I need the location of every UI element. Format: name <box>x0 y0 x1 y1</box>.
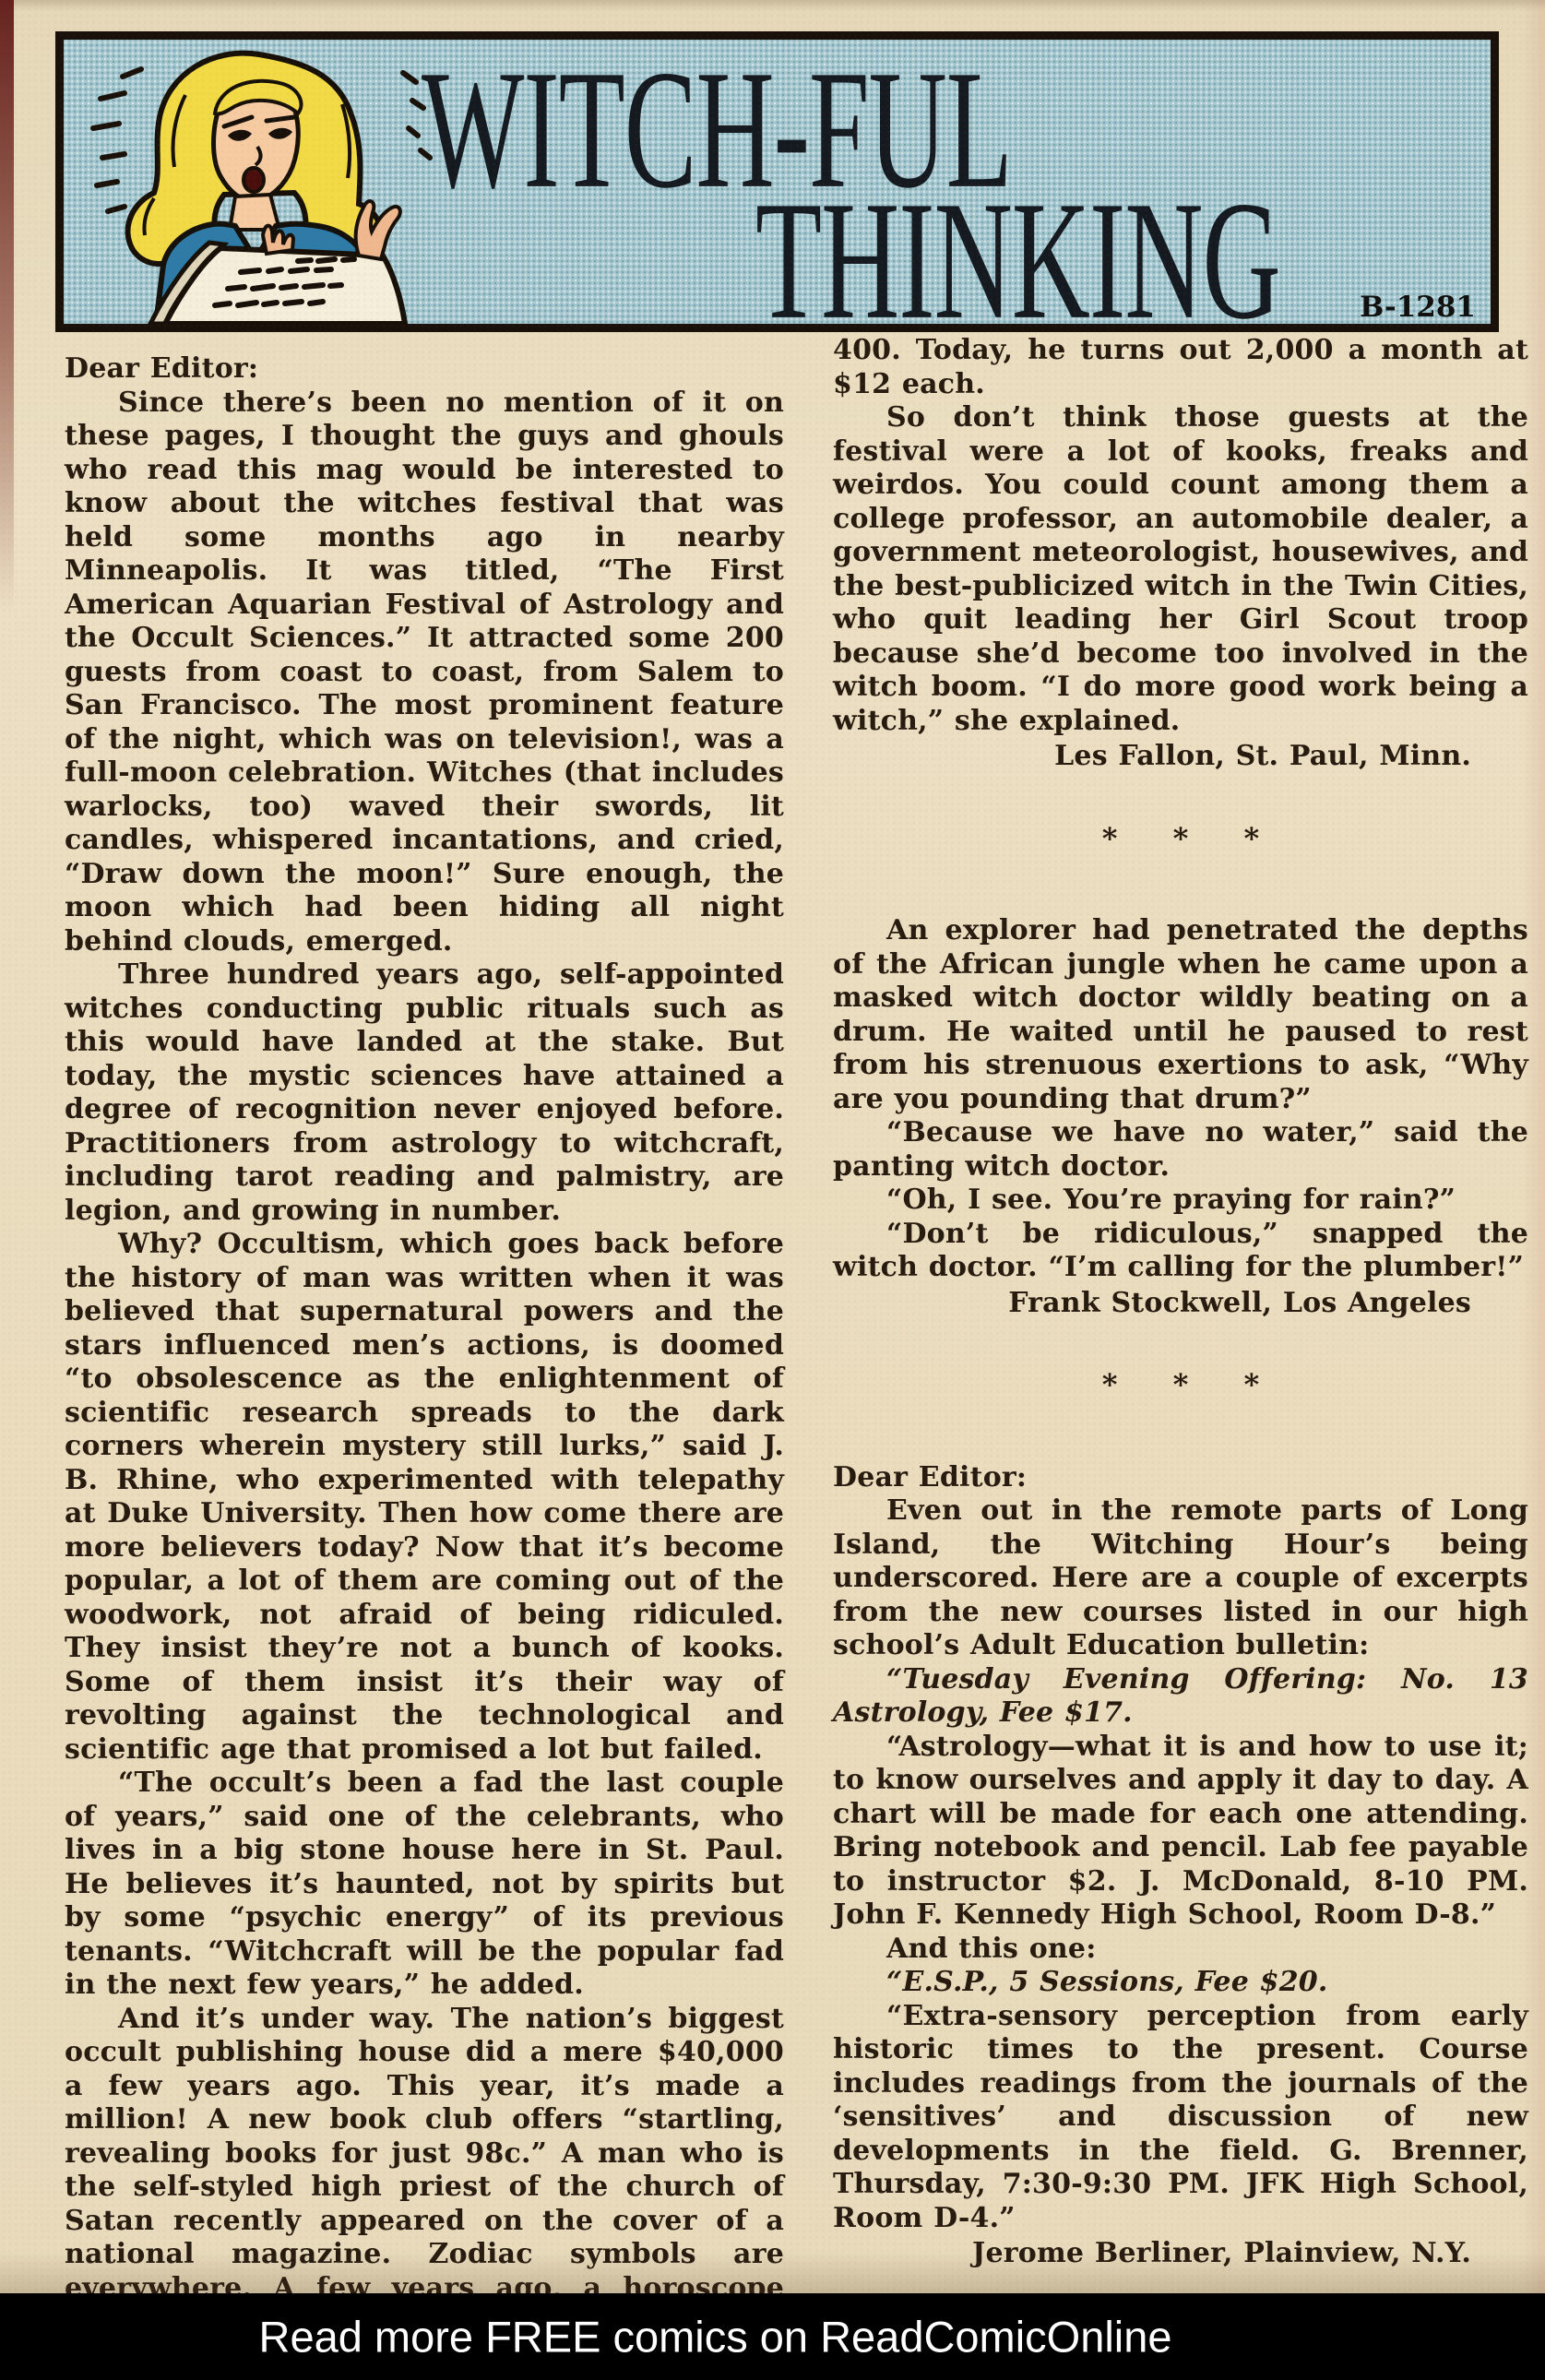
comic-letters-page: { "header": { "title_line1": "WITCH-FUL"… <box>0 0 1545 2380</box>
letter-salutation: Dear Editor: <box>65 352 784 387</box>
letter-paragraph: So don’t think those guests at the festi… <box>833 401 1528 738</box>
page-title-line-2: THINKING <box>755 163 1280 359</box>
right-column: 400. Today, he turns out 2,000 a month a… <box>833 334 1528 2279</box>
letter-salutation: Dear Editor: <box>833 1461 1528 1495</box>
scan-edge-bottom-shade <box>0 2251 1545 2293</box>
letter-paragraph: And this one: <box>833 1933 1528 1967</box>
raised-fingers <box>356 201 400 259</box>
letter-paragraph: “Don’t be ridiculous,” snapped the witch… <box>833 1218 1528 1285</box>
letter-paragraph: “Because we have no water,” said the pan… <box>833 1116 1528 1184</box>
letter-paragraph: Even out in the remote parts of Long Isl… <box>833 1494 1528 1663</box>
scan-edge-left-stain <box>0 0 14 609</box>
section-divider: * * * <box>833 1368 1528 1402</box>
letter-paragraph: Since there’s been no mention of it on t… <box>65 387 784 959</box>
left-column: Dear Editor:Since there’s been no mentio… <box>65 352 784 2339</box>
footer-text: Read more FREE comics on ReadComicOnline <box>259 2312 1172 2362</box>
letter-paragraph: “The occult’s been a fad the last couple… <box>65 1767 784 2003</box>
letter-signature: Frank Stockwell, Los Angeles <box>833 1287 1528 1321</box>
letter-paragraph: Three hundred years ago, self-appointed … <box>65 958 784 1228</box>
letter-paragraph: “Astrology—what it is and how to use it;… <box>833 1731 1528 1933</box>
open-mouth <box>244 168 264 192</box>
letter-paragraph: An explorer had penetrated the depths of… <box>833 914 1528 1116</box>
letter-paragraph: “E.S.P., 5 Sessions, Fee $20. <box>833 1966 1528 2000</box>
letter-paragraph: “Extra-sensory perception from early his… <box>833 2000 1528 2236</box>
section-divider: * * * <box>833 822 1528 856</box>
issue-code: B-1281 <box>1360 291 1476 324</box>
speed-lines-left <box>93 69 141 211</box>
letter-paragraph: 400. Today, he turns out 2,000 a month a… <box>833 334 1528 401</box>
letter-paragraph: “Oh, I see. You’re praying for rain?” <box>833 1184 1528 1218</box>
letter-paragraph: Why? Occultism, which goes back before t… <box>65 1228 784 1767</box>
letter-paragraph: “Tuesday Evening Offering: No. 13 Astrol… <box>833 1663 1528 1731</box>
scan-edge-top <box>0 0 1545 11</box>
scan-edge-right-tint <box>1521 0 1545 2293</box>
footer-banner: Read more FREE comics on ReadComicOnline <box>0 2293 1545 2380</box>
letter-signature: Les Fallon, St. Paul, Minn. <box>833 740 1528 774</box>
header-banner: WITCH-FUL THINKING B-1281 <box>55 31 1499 332</box>
